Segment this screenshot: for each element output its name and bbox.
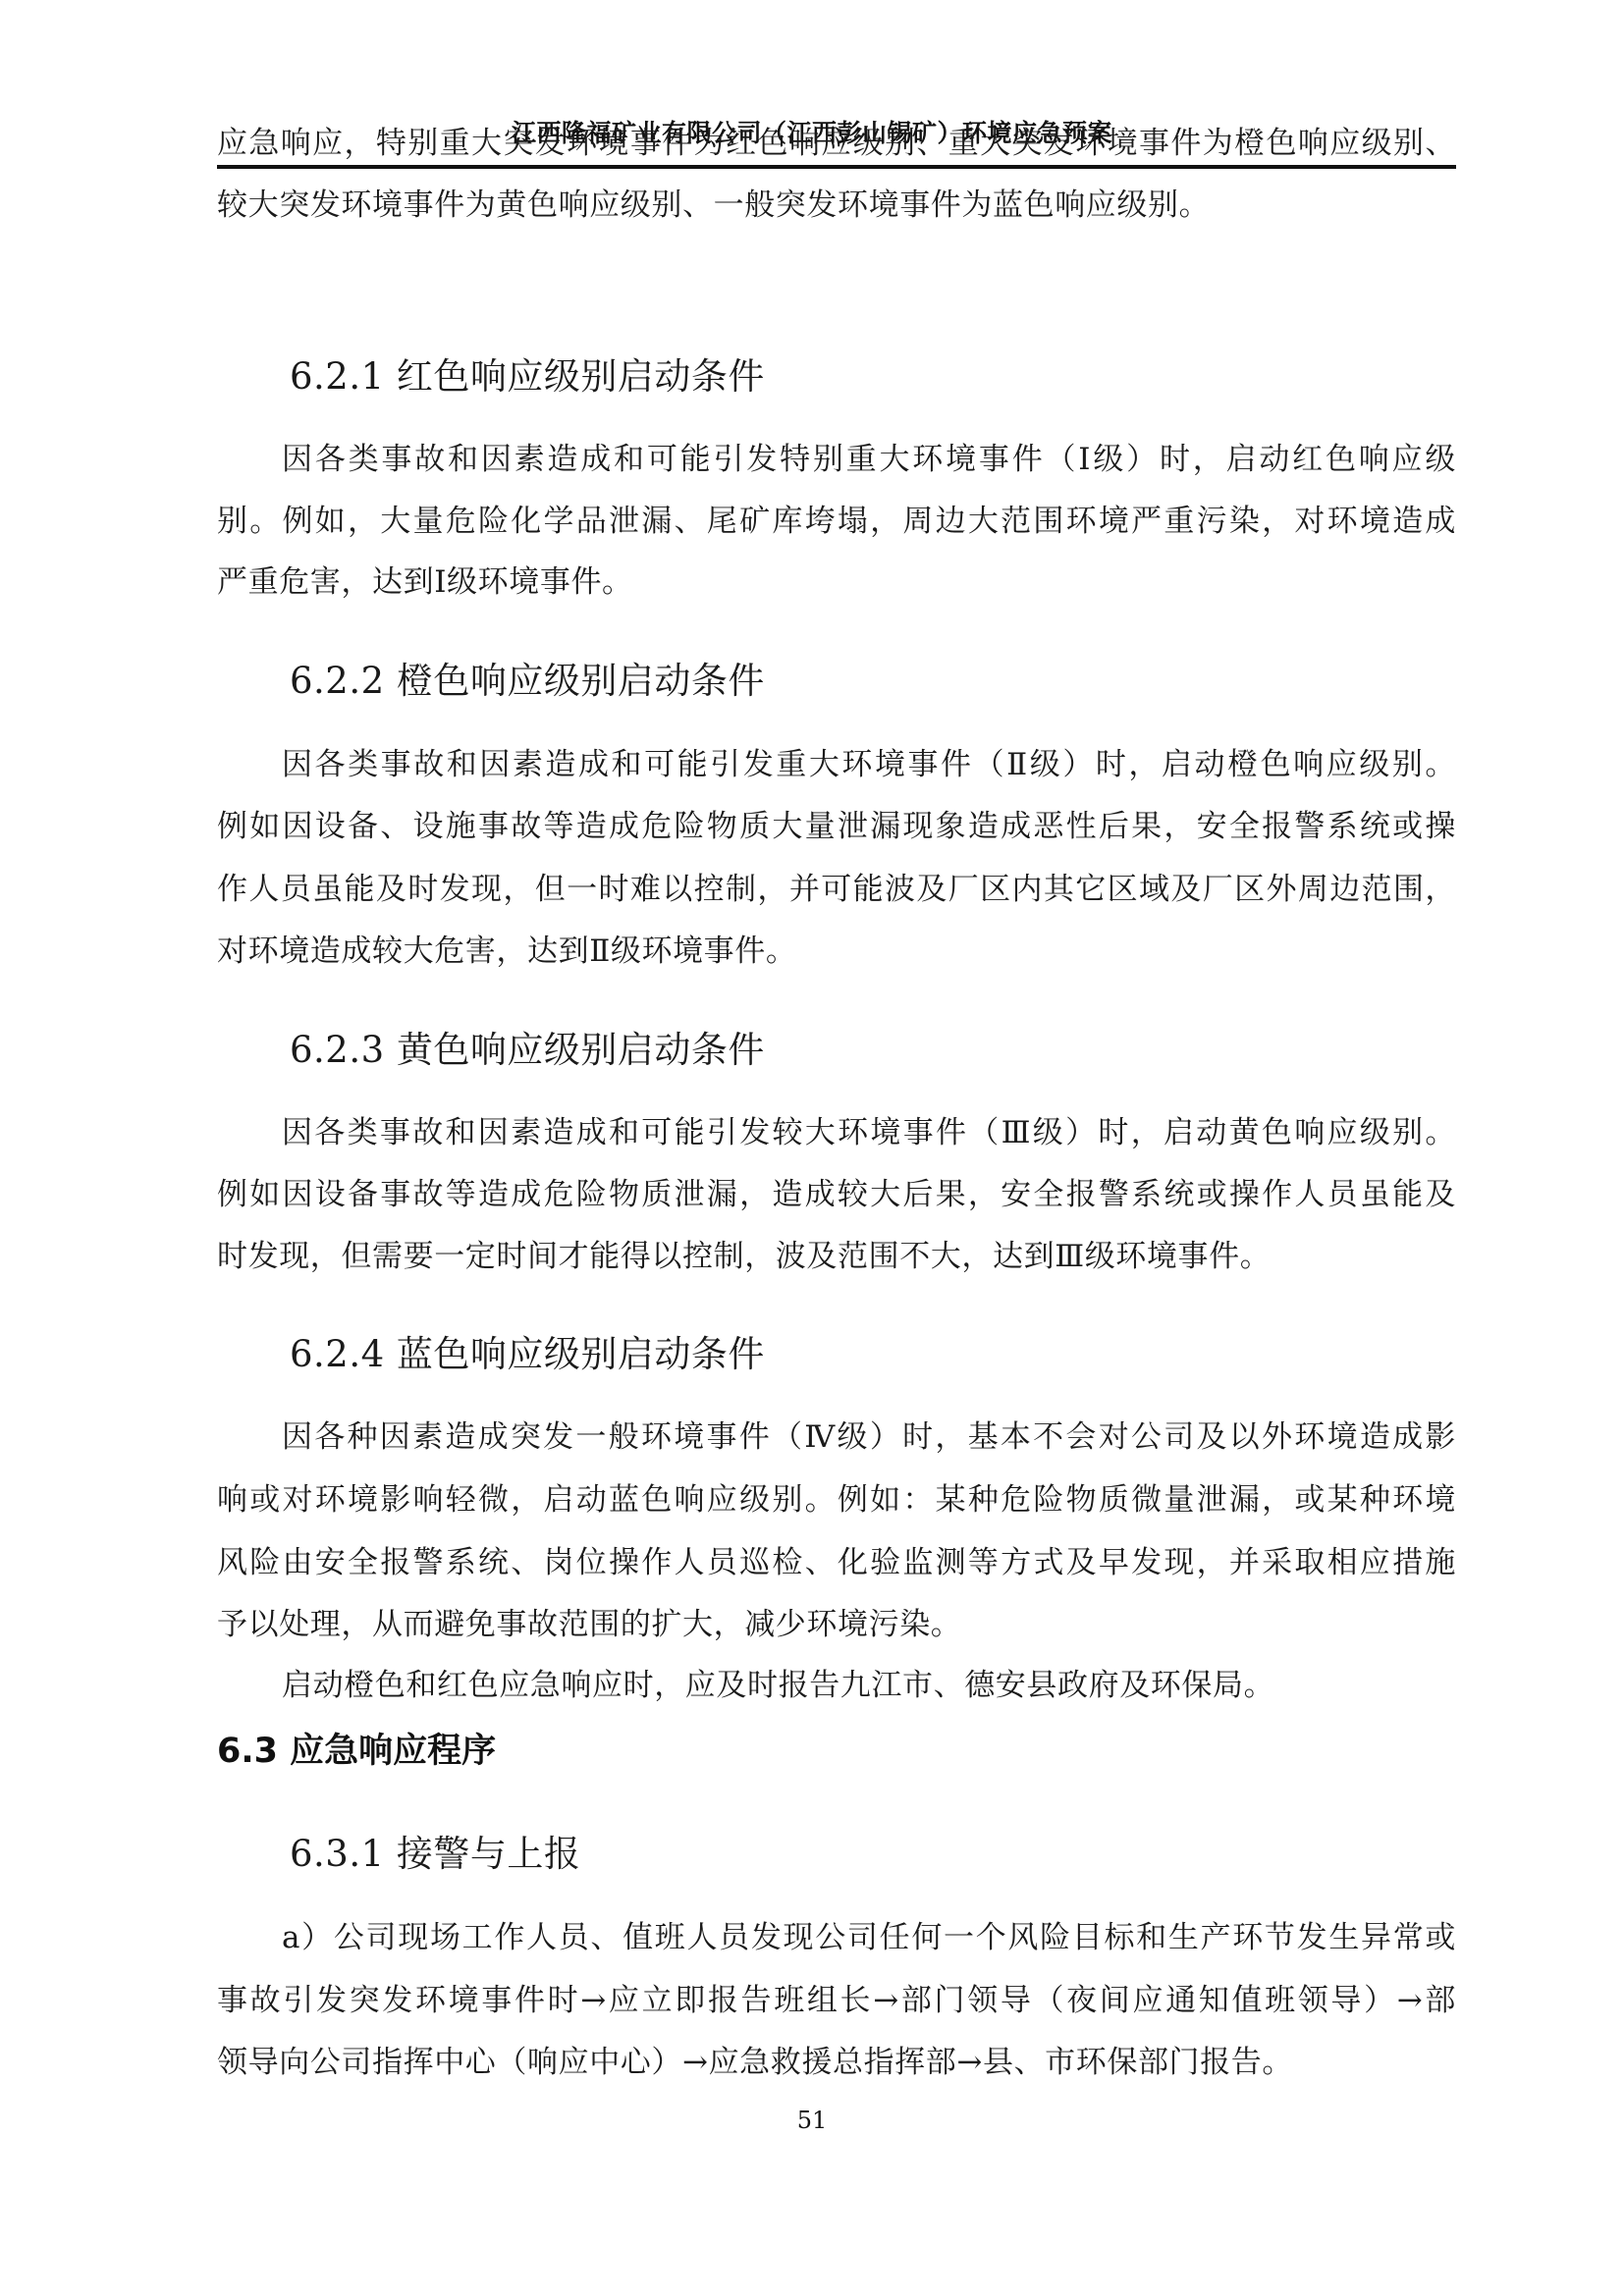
heading-6-2-2: 6.2.2 橙色响应级别启动条件 [290,660,765,703]
heading-6-2-1: 6.2.1 红色响应级别启动条件 [290,355,765,399]
paragraph-6-2-1-line-1: 因各类事故和因素造成和可能引发特别重大环境事件（Ⅰ级）时，启动红色响应级 [282,440,1456,479]
paragraph-6-2-4-line-4: 予以处理，从而避免事故范围的扩大，减少环境污染。 [217,1605,1456,1644]
paragraph-6-3-1-line-1: a）公司现场工作人员、值班人员发现公司任何一个风险目标和生产环节发生异常或 [282,1918,1456,1957]
heading-6-2-4: 6.2.4 蓝色响应级别启动条件 [290,1333,765,1376]
paragraph-6-2-4-line-3: 风险由安全报警系统、岗位操作人员巡检、化验监测等方式及早发现，并采取相应措施 [217,1543,1456,1582]
paragraph-6-2-2-line-2: 例如因设备、设施事故等造成危险物质大量泄漏现象造成恶性后果，安全报警系统或操 [217,807,1456,846]
document-page: 江西隆福矿业有限公司（江西彭山锡矿）环境应急预案 应急响应，特别重大突发环境事件… [0,0,1624,2296]
paragraph-6-2-2-line-3: 作人员虽能及时发现，但一时难以控制，并可能波及厂区内其它区域及厂区外周边范围， [217,870,1456,909]
paragraph-6-2-3-line-2: 例如因设备事故等造成危险物质泄漏，造成较大后果，安全报警系统或操作人员虽能及 [217,1175,1456,1214]
page-number: 51 [0,2107,1624,2134]
paragraph-6-2-2-line-4: 对环境造成较大危害，达到Ⅱ级环境事件。 [217,932,1456,971]
paragraph-6-3-1-line-3: 领导向公司指挥中心（响应中心）→应急救援总指挥部→县、市环保部门报告。 [217,2043,1456,2082]
paragraph-6-2-1-line-2: 别。例如，大量危险化学品泄漏、尾矿库垮塌，周边大范围环境严重污染，对环境造成 [217,502,1456,541]
paragraph-report-line: 启动橙色和红色应急响应时，应及时报告九江市、德安县政府及环保局。 [282,1666,1456,1705]
heading-6-3-1: 6.3.1 接警与上报 [290,1833,580,1876]
paragraph-6-2-3-line-1: 因各类事故和因素造成和可能引发较大环境事件（Ⅲ级）时，启动黄色响应级别。 [282,1113,1456,1152]
paragraph-6-2-4-line-2: 响或对环境影响轻微，启动蓝色响应级别。例如：某种危险物质微量泄漏，或某种环境 [217,1480,1456,1520]
paragraph-6-3-1-line-2: 事故引发突发环境事件时→应立即报告班组长→部门领导（夜间应通知值班领导）→部 [217,1981,1456,2020]
heading-6-3: 6.3 应急响应程序 [217,1730,496,1773]
paragraph-6-2-3-line-3: 时发现，但需要一定时间才能得以控制，波及范围不大，达到Ⅲ级环境事件。 [217,1237,1456,1276]
intro-line-2: 较大突发环境事件为黄色响应级别、一般突发环境事件为蓝色响应级别。 [217,186,1456,225]
paragraph-6-2-2-line-1: 因各类事故和因素造成和可能引发重大环境事件（Ⅱ级）时，启动橙色响应级别。 [282,745,1456,784]
header-divider [217,165,1456,169]
paragraph-6-2-1-line-3: 严重危害，达到Ⅰ级环境事件。 [217,562,1456,602]
paragraph-6-2-4-line-1: 因各种因素造成突发一般环境事件（Ⅳ级）时，基本不会对公司及以外环境造成影 [282,1417,1456,1457]
heading-6-2-3: 6.2.3 黄色响应级别启动条件 [290,1029,765,1072]
intro-line-1: 应急响应，特别重大突发环境事件为红色响应级别、重大突发环境事件为橙色响应级别、 [217,124,1456,163]
